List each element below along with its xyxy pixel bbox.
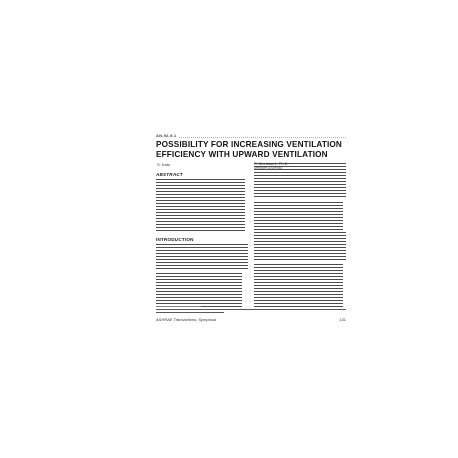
body-paragraph-3-greeked — [254, 232, 346, 262]
paper-title-line-2: EFFICIENCY WITH UPWARD VENTILATION — [156, 150, 346, 160]
footer-journal-label: ASHRAE Transactions: Symposia — [156, 317, 216, 322]
paper-sheet: AN-92-9-1 POSSIBILITY FOR INCREASING VEN… — [156, 133, 346, 333]
abstract-paragraph-greeked — [156, 179, 245, 232]
right-column — [254, 163, 346, 307]
paper-code-row: AN-92-9-1 — [156, 133, 346, 138]
dotted-leader-line — [179, 134, 346, 138]
footer-page-number: 131 — [339, 317, 346, 322]
body-paragraph-4-greeked — [254, 264, 343, 307]
page-footer: ASHRAE Transactions: Symposia 131 — [156, 317, 346, 322]
paper-title: POSSIBILITY FOR INCREASING VENTILATION E… — [156, 140, 346, 160]
body-paragraph-2-greeked — [254, 202, 343, 230]
paper-title-line-1: POSSIBILITY FOR INCREASING VENTILATION — [156, 140, 346, 150]
author-left-name: S. Kato — [157, 162, 170, 167]
footnote-rule — [156, 306, 201, 307]
paper-code: AN-92-9-1 — [156, 133, 176, 138]
intro-paragraph-2-greeked — [156, 273, 242, 307]
footnote-line-1-greeked — [156, 309, 346, 310]
body-paragraph-1-greeked — [254, 163, 346, 199]
intro-paragraph-1-greeked — [156, 244, 248, 271]
introduction-heading: INTRODUCTION — [156, 237, 248, 242]
left-column: ABSTRACT INTRODUCTION — [156, 172, 248, 307]
abstract-heading: ABSTRACT — [156, 172, 248, 177]
footnote-line-2-greeked — [156, 312, 224, 313]
